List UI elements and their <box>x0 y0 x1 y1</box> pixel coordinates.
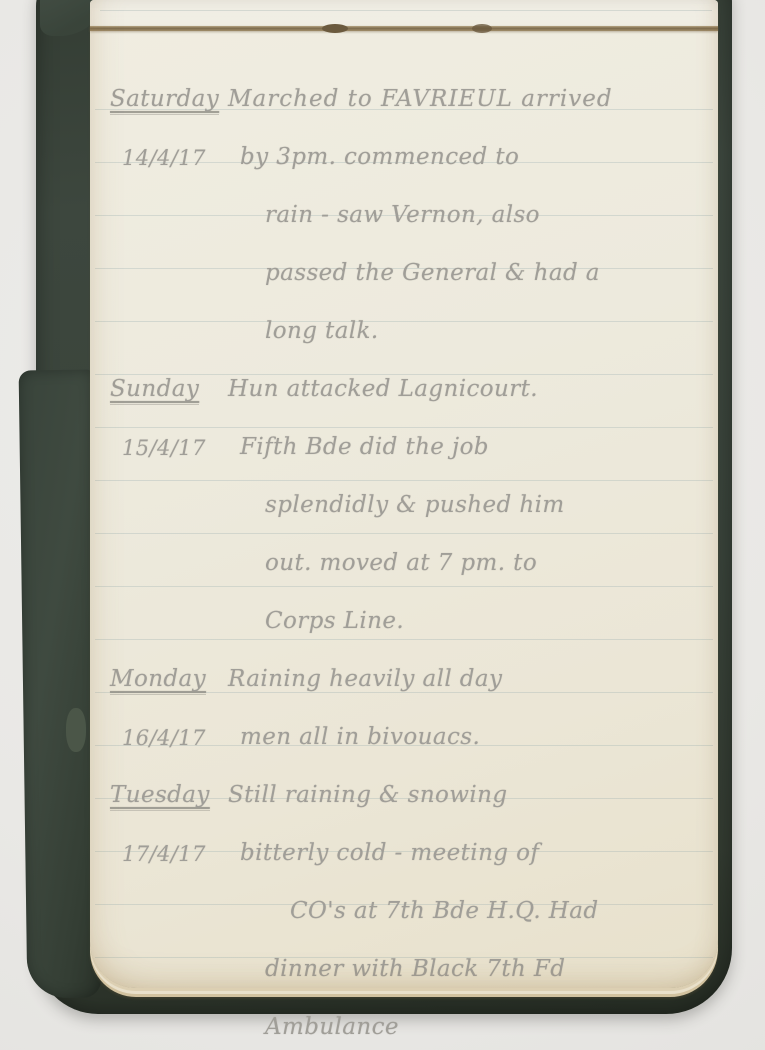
entry-text: splendidly & pushed him <box>265 492 565 518</box>
binding-crease <box>90 26 718 31</box>
diary-line: splendidly & pushed him <box>110 465 704 523</box>
diary-line: CO's at 7th Bde H.Q. Had <box>110 871 704 929</box>
diary-line: 15/4/17 Fifth Bde did the job <box>110 407 704 465</box>
diary-line: passed the General & had a <box>110 233 704 291</box>
day-label: Sunday <box>110 376 199 405</box>
entry-text: Ambulance <box>265 1014 399 1040</box>
diary-line: Tuesday Still raining & snowing <box>110 755 704 813</box>
diary-content: Saturday Marched to FAVRIEUL arrived 14/… <box>90 32 718 988</box>
diary-line: Monday Raining heavily all day <box>110 639 704 697</box>
day-label: Monday <box>110 666 206 695</box>
notebook-cover-left-flap <box>19 370 102 999</box>
date-label: 17/4/17 <box>110 842 240 866</box>
diary-line: 14/4/17 by 3pm. commenced to <box>110 117 704 175</box>
entry-text: long talk. <box>265 318 379 344</box>
entry-text: dinner with Black 7th Fd <box>265 956 565 982</box>
diary-line: Saturday Marched to FAVRIEUL arrived <box>110 59 704 117</box>
date-label: 16/4/17 <box>110 726 240 750</box>
entry-text: men all in bivouacs. <box>240 724 480 750</box>
entry-text: Hun attacked Lagnicourt. <box>228 376 538 402</box>
diary-line: out. moved at 7 pm. to <box>110 523 704 581</box>
day-label: Tuesday <box>110 782 210 811</box>
previous-page-rule-line <box>100 10 712 11</box>
diary-line: dinner with Black 7th Fd <box>110 929 704 987</box>
diary-line: 17/4/17 bitterly cold - meeting of <box>110 813 704 871</box>
entry-text: bitterly cold - meeting of <box>240 840 539 866</box>
diary-line: Corps Line. <box>110 581 704 639</box>
entry-text: Corps Line. <box>265 608 404 634</box>
date-label: 14/4/17 <box>110 146 240 170</box>
day-label: Saturday <box>110 86 219 115</box>
date-label: 15/4/17 <box>110 436 240 460</box>
diary-page: Saturday Marched to FAVRIEUL arrived 14/… <box>90 0 718 988</box>
diary-line: rain - saw Vernon, also <box>110 175 704 233</box>
entry-text: out. moved at 7 pm. to <box>265 550 537 576</box>
entry-text: rain - saw Vernon, also <box>265 202 540 228</box>
entry-text: Raining heavily all day <box>228 666 502 692</box>
entry-text: CO's at 7th Bde H.Q. Had <box>290 898 599 924</box>
entry-text: by 3pm. commenced to <box>240 144 519 170</box>
diary-line: Sunday Hun attacked Lagnicourt. <box>110 349 704 407</box>
diary-line: Ambulance <box>110 987 704 1045</box>
entry-text: passed the General & had a <box>265 260 600 286</box>
entry-text: Marched to FAVRIEUL arrived <box>228 86 613 112</box>
photo-backdrop: Saturday Marched to FAVRIEUL arrived 14/… <box>0 0 765 1050</box>
diary-line: 16/4/17 men all in bivouacs. <box>110 697 704 755</box>
entry-text: Still raining & snowing <box>228 782 507 808</box>
diary-line: long talk. <box>110 291 704 349</box>
cover-fray-edge <box>66 708 86 752</box>
entry-text: Fifth Bde did the job <box>240 434 489 460</box>
previous-page-edge <box>90 0 718 27</box>
